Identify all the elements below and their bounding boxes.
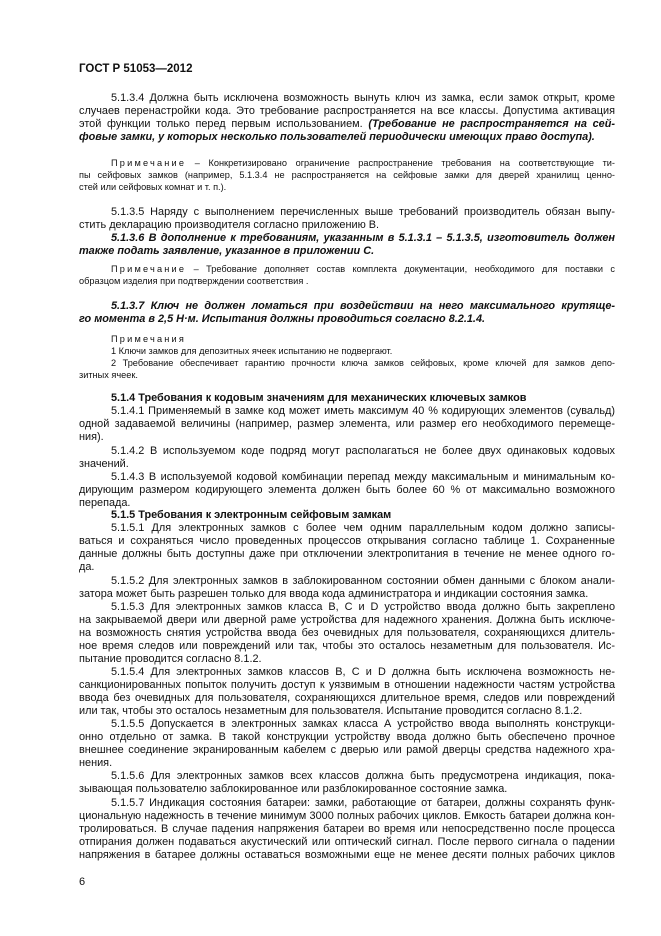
paragraph-5-1-5-1-line: 5.1.5.1 Для электронных замков с более ч…	[79, 522, 615, 535]
paragraph-5-1-5-4-line: или так, чтобы это осталось незаметным д…	[79, 705, 615, 718]
paragraph-5-1-4-3-line: 5.1.4.3 В используемой кодовой комбинаци…	[79, 471, 615, 484]
paragraph-5-1-3-7-line: го момента в 2,5 Н·м. Испытания должны п…	[79, 313, 615, 326]
paragraph-5-1-4-1-line: 5.1.4.1 Применяемый в замке код может им…	[79, 405, 615, 418]
heading-5-1-5: 5.1.5 Требования к электронным сейфовым …	[79, 509, 615, 522]
paragraph-5-1-5-7-line: тролироваться. В случае падения напряжен…	[79, 823, 615, 836]
page-number: 6	[79, 876, 85, 888]
paragraph-5-1-5-3-line: пытание проводится согласно 8.1.2.	[79, 653, 615, 666]
paragraph-5-1-4-1-line: одной задаваемой величины (например, раз…	[79, 418, 615, 431]
heading-5-1-4: 5.1.4 Требования к кодовым значениям для…	[79, 392, 615, 405]
paragraph-5-1-5-7-line: напряжения в батарее должны оставаться в…	[79, 849, 615, 862]
paragraph-5-1-4-3-line: дирующим размером кодирующего элемента д…	[79, 484, 615, 497]
paragraph-5-1-5-3-line: на закрываемой двери или дверной раме ус…	[79, 614, 615, 627]
paragraph-5-1-5-5-line: внешнее соединение экранированным кабеле…	[79, 744, 615, 757]
paragraph-5-1-5-6-line: зывающая пользователю заблокированное ил…	[79, 783, 615, 796]
note-2-text: – Требование дополняет состав комплекта …	[186, 264, 615, 274]
paragraph-5-1-3-5-line: стить декларацию производителя согласно …	[79, 219, 615, 232]
paragraph-5-1-3-5-line: 5.1.3.5 Наряду с выполнением перечисленн…	[79, 206, 615, 219]
paragraph-5-1-5-4-line: ввода без очевидных для пользователя, со…	[79, 692, 615, 705]
document-header: ГОСТ Р 51053—2012	[79, 63, 192, 75]
paragraph-5-1-5-5-line: онно отдельно от замка. В такой конструк…	[79, 731, 615, 744]
note-1-line: стей или сейфовых комнат и т. п.).	[79, 182, 615, 194]
paragraph-5-1-4-2-line: значений.	[79, 458, 615, 471]
paragraph-5-1-3-4-text: этой функции только перед первым использ…	[79, 118, 363, 130]
note-1-text: – Конкретизировано ограничение распростр…	[186, 158, 615, 168]
paragraph-5-1-5-5-line: 5.1.5.5 Допускается в электронных замках…	[79, 718, 615, 731]
paragraph-5-1-3-4-line: этой функции только перед первым использ…	[79, 118, 615, 131]
paragraph-5-1-5-1-line: ваться и сохраняться число проведенных п…	[79, 535, 615, 548]
paragraph-5-1-5-5-line: нения.	[79, 757, 615, 770]
paragraph-5-1-3-4-emphasis: (Требование не распространяется на сей-	[368, 118, 615, 130]
paragraph-5-1-5-1-line: данные должны быть доступны даже при отк…	[79, 548, 615, 561]
paragraph-5-1-5-2-line: затора может быть разрешен только для вв…	[79, 588, 615, 601]
notes-3-item: 1 Ключи замков для депозитных ячеек испы…	[79, 346, 615, 358]
paragraph-5-1-3-6-line: 5.1.3.6 В дополнение к требованиям, указ…	[79, 232, 615, 245]
paragraph-5-1-5-3-line: на возможность снятия устройства ввода б…	[79, 627, 615, 640]
paragraph-5-1-3-4-line: 5.1.3.4 Должна быть исключена возможност…	[79, 92, 615, 105]
paragraph-5-1-3-6-line: также подать заявление, указанное в прил…	[79, 245, 615, 258]
paragraph-5-1-5-1-line: да.	[79, 561, 615, 574]
notes-3-item: 2 Требование обеспечивает гарантию прочн…	[79, 358, 615, 370]
paragraph-5-1-5-3-line: 5.1.5.3 Для электронных замков класса В,…	[79, 601, 615, 614]
paragraph-5-1-5-4-line: 5.1.5.4 Для электронных замков классов В…	[79, 666, 615, 679]
paragraph-5-1-3-4-line: случаев перенастройки кода. Это требован…	[79, 105, 615, 118]
paragraph-5-1-4-2-line: 5.1.4.2 В используемом коде подряд могут…	[79, 445, 615, 458]
notes-3-item: зитных ячеек.	[79, 370, 615, 382]
paragraph-5-1-4-1-line: ния).	[79, 431, 615, 444]
paragraph-5-1-5-7-line: 5.1.5.7 Индикация состояния батареи: зам…	[79, 797, 615, 810]
paragraph-5-1-5-6-line: 5.1.5.6 Для электронных замков всех клас…	[79, 770, 615, 783]
paragraph-5-1-5-3-line: ное время следов или повреждений или так…	[79, 640, 615, 653]
note-2-line: образцом изделия при подтверждении соотв…	[79, 276, 615, 288]
paragraph-5-1-5-2-line: 5.1.5.2 Для электронных замков в заблоки…	[79, 575, 615, 588]
note-1-line: Примечание – Конкретизировано ограничени…	[79, 158, 615, 170]
note-1-label: Примечание	[111, 158, 186, 168]
paragraph-5-1-5-7-line: циональную надежность в течение минимум …	[79, 810, 615, 823]
notes-3-label: Примечания	[79, 334, 615, 346]
note-1-line: пы сейфовых замков (например, 5.1.3.4 не…	[79, 170, 615, 182]
note-2-line: Примечание – Требование дополняет состав…	[79, 264, 615, 276]
paragraph-5-1-3-4-emphasis: фовые замки, у которых несколько пользов…	[79, 131, 615, 144]
paragraph-5-1-5-4-line: санкционированных попыток получить досту…	[79, 679, 615, 692]
paragraph-5-1-3-7-line: 5.1.3.7 Ключ не должен ломаться при возд…	[79, 300, 615, 313]
paragraph-5-1-5-7-line: отпирания должен подаваться акустический…	[79, 836, 615, 849]
note-2-label: Примечание	[111, 264, 186, 274]
